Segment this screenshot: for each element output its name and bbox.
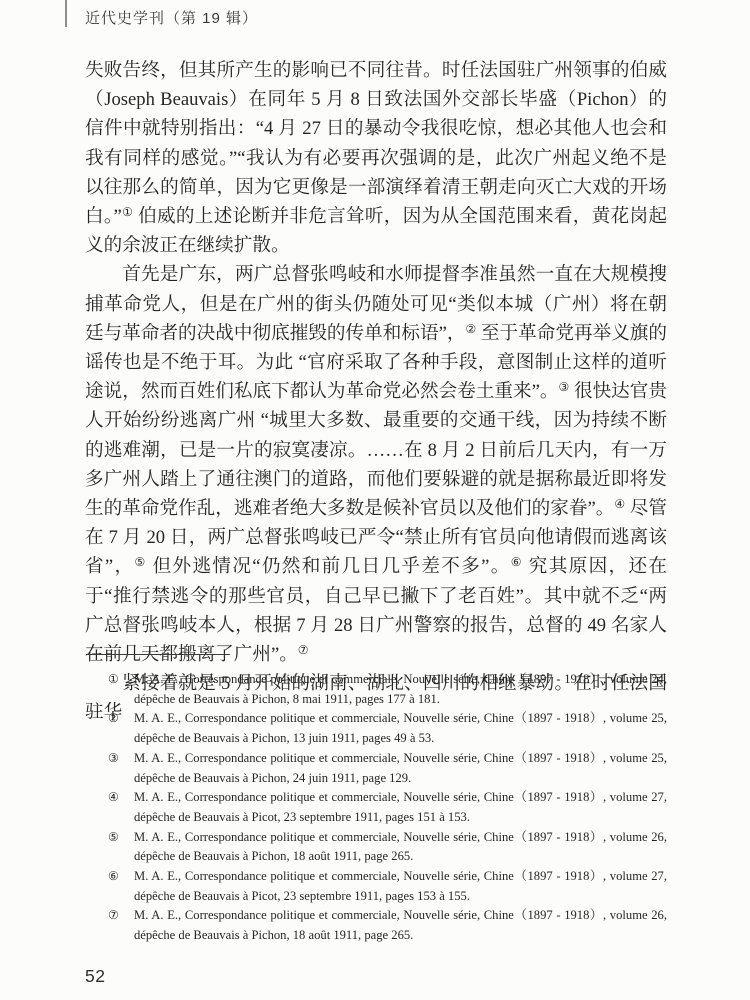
footnote-text: M. A. E., Correspondance politique et co… [134,751,667,785]
footnotes: ①M. A. E., Correspondance politique et c… [108,670,667,946]
paragraph: 失败告终，但其所产生的影响已不同往昔。时任法国驻广州领事的伯威（Joseph B… [85,56,667,260]
header-rule [65,0,67,27]
footnote-item: ⑥M. A. E., Correspondance politique et c… [108,867,667,906]
footnote-marker: ③ [108,749,134,769]
footnote-marker: ② [108,709,134,729]
footnote-ref: ④ [614,497,625,511]
footnote-item: ②M. A. E., Correspondance politique et c… [108,709,667,748]
footnote-item: ④M. A. E., Correspondance politique et c… [108,788,667,827]
footnote-text: M. A. E., Correspondance politique et co… [134,869,667,903]
footnote-text: M. A. E., Correspondance politique et co… [134,908,667,942]
footnote-marker: ⑥ [108,867,134,887]
footnote-text: M. A. E., Correspondance politique et co… [134,790,667,824]
footnote-marker: ⑤ [108,828,134,848]
footnote-text: M. A. E., Correspondance politique et co… [134,672,667,706]
footnote-separator [86,654,230,655]
footnote-text: M. A. E., Correspondance politique et co… [134,830,667,864]
paragraph: 首先是广东，两广总督张鸣岐和水师提督李准虽然一直在大规模搜捕革命党人，但是在广州… [85,260,667,669]
footnote-ref: ⑤ [134,555,146,569]
footnote-marker: ① [108,670,134,690]
journal-title: 近代史学刊（第 19 辑） [85,7,258,28]
book-page: 近代史学刊（第 19 辑） 失败告终，但其所产生的影响已不同往昔。时任法国驻广州… [0,0,750,1000]
text-run: 伯威的上述论断并非危言耸听，因为从全国范围来看，黄花岗起义的余波正在继续扩散。 [85,206,667,256]
text-run: 但外逃情况“仍然和前几日几乎差不多”。 [147,556,511,577]
footnote-item: ③M. A. E., Correspondance politique et c… [108,749,667,788]
page-number: 52 [85,966,105,987]
footnote-marker: ⑦ [108,906,134,926]
text-run: 失败告终，但其所产生的影响已不同往昔。时任法国驻广州领事的伯威（Joseph B… [85,60,667,227]
footnote-ref: ② [465,322,476,336]
footnote-marker: ④ [108,788,134,808]
body-text: 失败告终，但其所产生的影响已不同往昔。时任法国驻广州领事的伯威（Joseph B… [85,56,667,728]
footnote-item: ①M. A. E., Correspondance politique et c… [108,670,667,709]
footnote-text: M. A. E., Correspondance politique et co… [134,711,667,745]
footnote-ref: ① [122,205,133,219]
footnote-item: ⑦M. A. E., Correspondance politique et c… [108,906,667,945]
footnote-ref: ⑥ [511,555,523,569]
footnote-item: ⑤M. A. E., Correspondance politique et c… [108,828,667,867]
footnote-ref: ⑦ [298,643,309,657]
footnote-ref: ③ [559,380,570,394]
